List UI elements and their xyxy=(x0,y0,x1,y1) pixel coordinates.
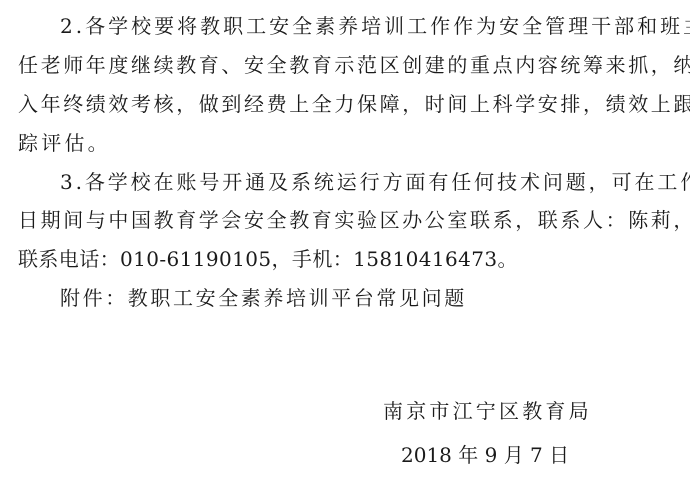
attachment-note: 附件：教职工安全素养培训平台常见问题 xyxy=(60,288,467,308)
paragraph-2-line-3: 入年终绩效考核，做到经费上全力保障，时间上科学安排，绩效上跟 xyxy=(18,94,690,114)
signature-date: 2018 年 9 月 7 日 xyxy=(401,445,569,465)
paragraph-2-line-2: 任老师年度继续教育、安全教育示范区创建的重点内容统筹来抓，纳 xyxy=(18,55,690,75)
paragraph-3-line-1: 3.各学校在账号开通及系统运行方面有任何技术问题，可在工作 xyxy=(60,172,690,192)
paragraph-3-line-3: 联系电话：010-61190105，手机：15810416473。 xyxy=(18,249,518,269)
signature-organization: 南京市江宁区教育局 xyxy=(383,401,592,421)
paragraph-2-line-4: 踪评估。 xyxy=(18,133,111,153)
paragraph-2-line-1: 2.各学校要将教职工安全素养培训工作作为安全管理干部和班主 xyxy=(60,16,690,36)
paragraph-3-line-2: 日期间与中国教育学会安全教育实验区办公室联系，联系人：陈莉， xyxy=(18,210,690,230)
